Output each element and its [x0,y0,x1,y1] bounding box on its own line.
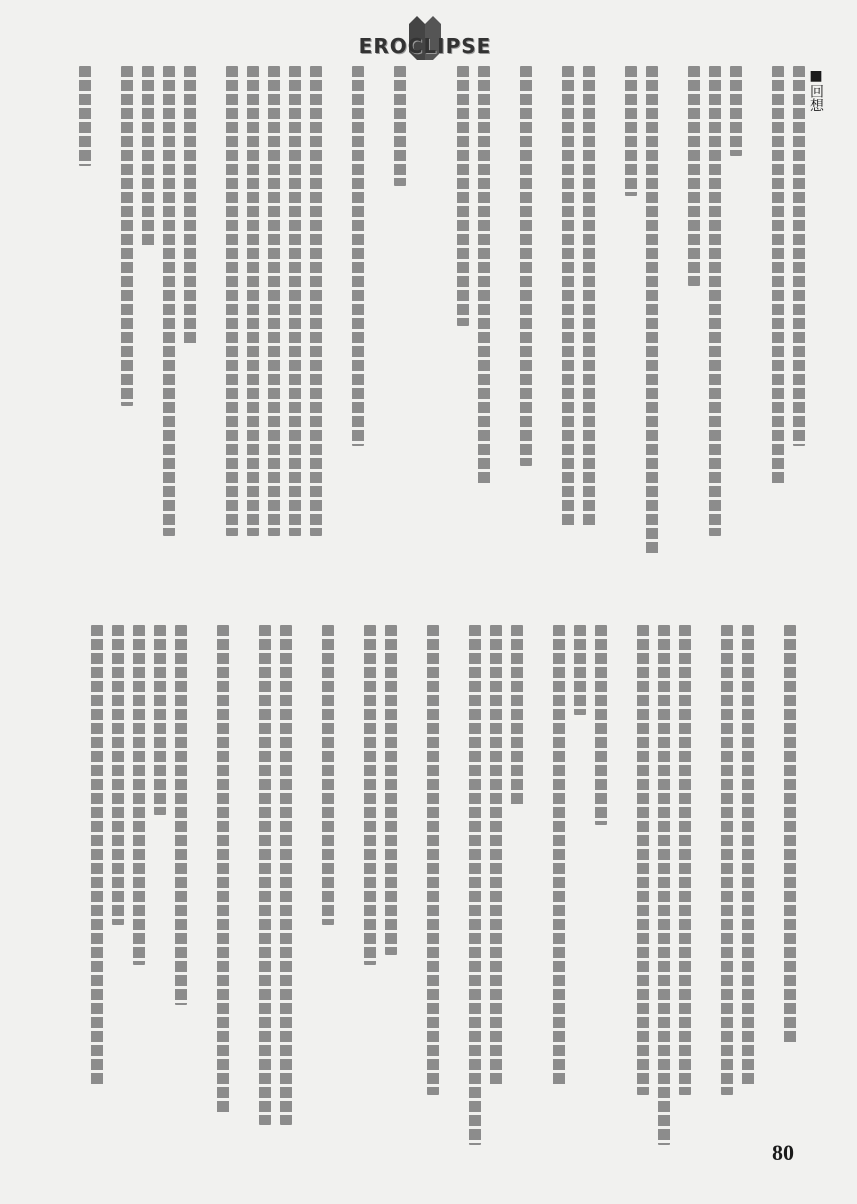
text-column [625,66,637,196]
text-column [457,66,469,326]
text-column [352,66,364,446]
text-column [721,625,733,1095]
text-column [436,66,448,76]
text-column [805,625,817,635]
section-marker: ■回想 [806,68,826,112]
upper-text-block [79,66,805,586]
text-column [520,66,532,466]
text-column [205,66,217,76]
text-column [763,625,775,635]
text-column [637,625,649,1095]
text-column [142,66,154,246]
text-column [667,66,679,76]
text-column [289,66,301,536]
text-column [238,625,250,635]
text-column [301,625,313,635]
text-column [616,625,628,635]
text-column [394,66,406,186]
logo-text: EROCLIPSE [335,34,515,58]
text-column [91,625,103,1085]
text-column [511,625,523,805]
text-column [469,625,481,1145]
text-column [385,625,397,955]
text-column [310,66,322,536]
text-column [646,66,658,556]
text-column [415,66,427,76]
text-column [364,625,376,965]
text-column [709,66,721,536]
text-column [478,66,490,486]
text-column [184,66,196,346]
text-column [226,66,238,536]
text-column [553,625,565,1085]
text-column [100,66,112,76]
text-column [343,625,355,635]
text-column [730,66,742,156]
logo: EROCLIPSE [335,12,515,60]
lower-text-block [91,625,817,1145]
text-column [499,66,511,76]
text-column [490,625,502,1085]
text-column [583,66,595,526]
text-column [574,625,586,715]
text-column [280,625,292,1125]
text-column [742,625,754,1085]
text-column [133,625,145,965]
text-column [541,66,553,76]
text-column [268,66,280,536]
text-column [79,66,91,166]
text-column [322,625,334,925]
text-column [604,66,616,76]
text-column [793,66,805,446]
text-column [658,625,670,1145]
text-column [772,66,784,486]
text-column [532,625,544,635]
text-column [700,625,712,635]
text-column [121,66,133,406]
text-column [217,625,229,1115]
text-column [247,66,259,536]
text-column [259,625,271,1125]
text-column [154,625,166,815]
text-column [175,625,187,1005]
text-column [562,66,574,526]
text-column [427,625,439,1095]
text-column [688,66,700,286]
text-column [448,625,460,635]
text-column [751,66,763,76]
text-column [163,66,175,536]
text-column [679,625,691,1095]
text-column [784,625,796,1045]
text-column [373,66,385,76]
text-column [406,625,418,635]
text-column [331,66,343,76]
text-column [112,625,124,925]
text-column [196,625,208,635]
page-number: 80 [772,1140,794,1166]
text-column [595,625,607,825]
